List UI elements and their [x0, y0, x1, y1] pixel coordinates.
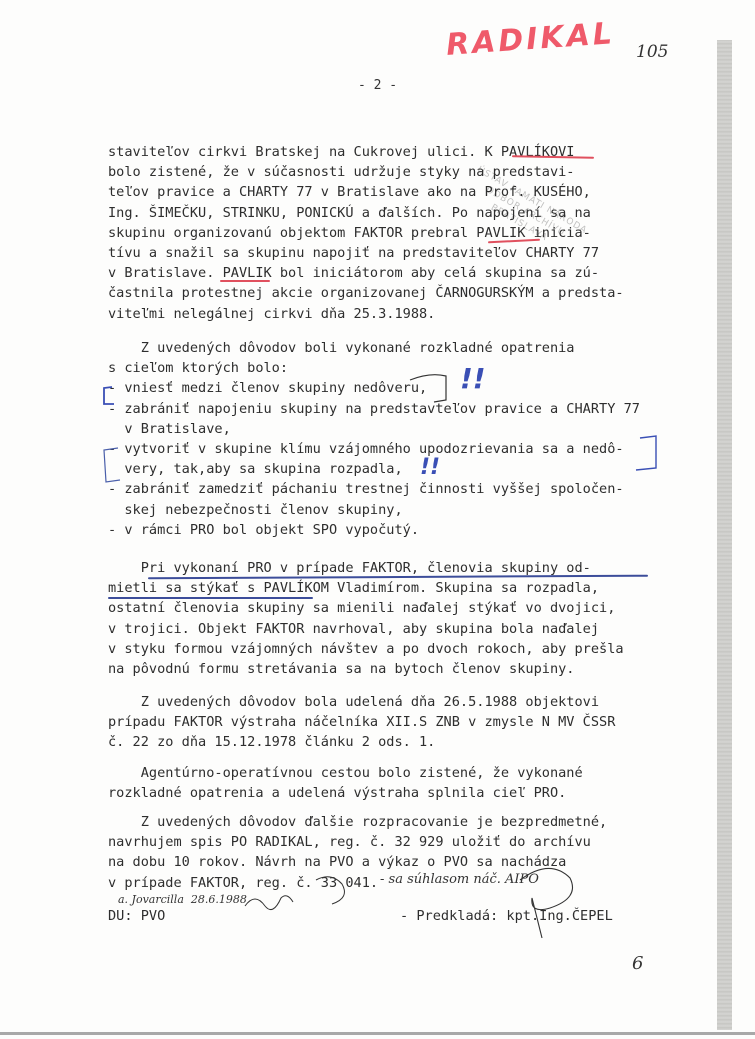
text-line: navrhujem spis PO RADIKAL, reg. č. 32 92… [108, 832, 591, 852]
scan-bottom-edge [0, 1032, 755, 1035]
text-line: Ing. ŠIMEČKU, STRINKU, PONICKÚ a ďalších… [108, 203, 591, 223]
text-line: teľov pravice a CHARTY 77 v Bratislave a… [108, 182, 591, 202]
handwritten-page-number: 6 [632, 953, 643, 974]
ink-bracket-right-2 [636, 436, 656, 470]
handwritten-approval-line2: a. Jovarcilla 28.6.1988 [118, 893, 247, 906]
text-line: viteľmi nelegálnej cirkvi dňa 25.3.1988. [108, 304, 435, 324]
text-line: Z uvedených dôvodov bola udelená dňa 26.… [108, 692, 599, 712]
text-line: Z uvedených dôvodov ďalšie rozpracovanie… [108, 812, 607, 832]
text-line: - vytvoriť v skupine klímu vzájomného up… [108, 439, 624, 459]
text-line: s cieľom ktorých bolo: [108, 358, 288, 378]
text-line: rozkladné opatrenia a udelená výstraha s… [108, 783, 566, 803]
text-line: na dobu 10 rokov. Návrh na PVO a výkaz o… [108, 852, 566, 872]
text-line: v styku formou vzájomných návštev a po d… [108, 639, 624, 659]
text-line: na pôvodnú formu stretávania sa na bytoc… [108, 659, 575, 679]
scan-edge-strip [717, 40, 732, 1030]
handwritten-title: RADIKAL [445, 16, 616, 63]
text-line: - zabrániť napojeniu skupiny na predstav… [108, 399, 640, 419]
footer-du: DU: PVO [108, 906, 165, 926]
handwritten-approval-note: - sa súhlasom náč. AIPO [380, 872, 539, 887]
blue-underline-para3-line2 [108, 597, 313, 599]
exclamation-marks-1: !! [460, 362, 486, 395]
text-line: č. 22 zo dňa 15.12.1978 článku 2 ods. 1. [108, 732, 435, 752]
text-line: v Bratislave. PAVLIK bol iniciátorom aby… [108, 263, 599, 283]
text-line: Agentúrno-operatívnou cestou bolo zisten… [108, 763, 583, 783]
text-line: v Bratislave, [108, 419, 231, 439]
text-line: v prípade FAKTOR, reg. č. 33 041. [108, 873, 378, 893]
text-line: v trojici. Objekt FAKTOR navrhoval, aby … [108, 619, 599, 639]
text-line: tívu a snažil sa skupinu napojiť na pred… [108, 243, 599, 263]
text-line: - zabrániť zamedziť páchaniu trestnej či… [108, 479, 624, 499]
red-underline-pavlik-2 [220, 280, 270, 282]
text-line: bolo zistené, že v súčasnosti udržuje st… [108, 162, 575, 182]
text-line: skej nebezpečnosti členov skupiny, [108, 500, 403, 520]
page-number: - 2 - [358, 78, 397, 93]
text-line: Z uvedených dôvodov boli vykonané rozkla… [108, 338, 575, 358]
text-line: - vniesť medzi členov skupiny nedôveru, [108, 378, 427, 398]
footer-submitted-by: - Predkladá: kpt.Ing.ČEPEL [400, 906, 613, 926]
text-line: častnila protestnej akcie organizovanej … [108, 283, 624, 303]
text-line: very, tak,aby sa skupina rozpadla, [108, 459, 403, 479]
handwritten-folio: 105 [636, 42, 668, 62]
text-line: mietli sa stýkať s PAVLÍKOM Vladimírom. … [108, 578, 599, 598]
signature-scribble-1 [245, 896, 293, 910]
text-line: - v rámci PRO bol objekt SPO vypočutý. [108, 520, 419, 540]
text-line: staviteľov cirkvi Bratskej na Cukrovej u… [108, 142, 575, 162]
exclamation-marks-2: !! [420, 455, 440, 480]
text-line: prípadu FAKTOR výstraha náčelníka XII.S … [108, 712, 615, 732]
text-line: ostatní členovia skupiny sa mienili naďa… [108, 598, 615, 618]
document-page: RADIKAL 105 - 2 - ÚSTAV PAMÄTI NÁRODA OD… [0, 0, 755, 1039]
